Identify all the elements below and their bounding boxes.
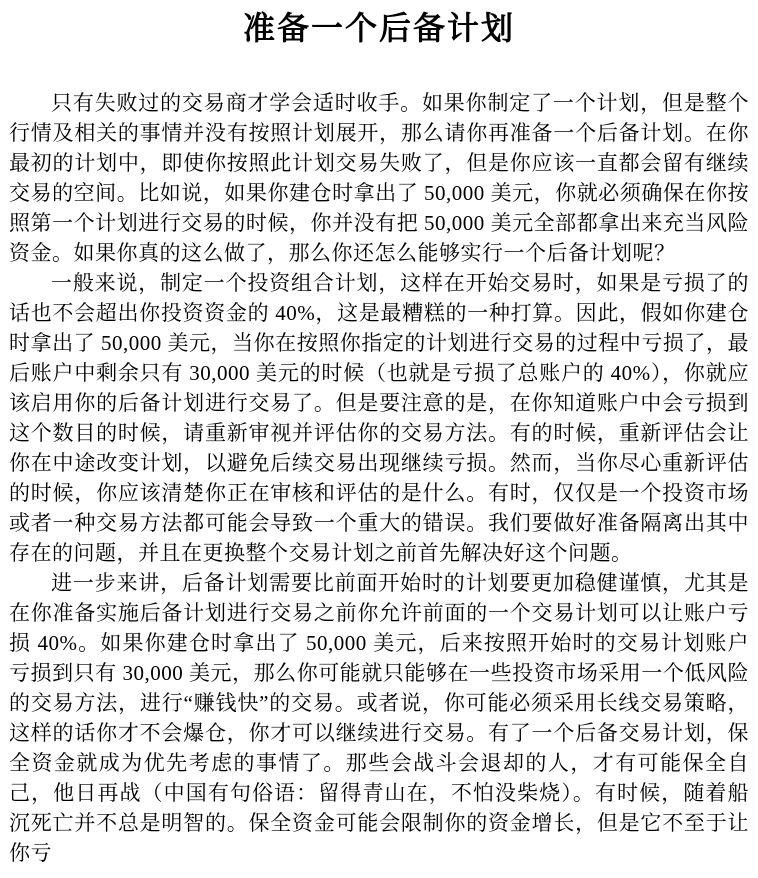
paragraph-1: 只有失败过的交易商才学会适时收手。如果你制定了一个计划，但是整个行情及相关的事情…: [9, 88, 749, 268]
paragraph-2: 一般来说，制定一个投资组合计划，这样在开始交易时，如果是亏损了的话也不会超出你投…: [9, 268, 749, 568]
page-title: 准备一个后备计划: [9, 8, 749, 48]
paragraph-3: 进一步来讲，后备计划需要比前面开始时的计划要更加稳健谨慎，尤其是在你准备实施后备…: [9, 568, 749, 868]
document-body: 只有失败过的交易商才学会适时收手。如果你制定了一个计划，但是整个行情及相关的事情…: [9, 88, 749, 868]
document-page: 准备一个后备计划 只有失败过的交易商才学会适时收手。如果你制定了一个计划，但是整…: [0, 0, 758, 878]
